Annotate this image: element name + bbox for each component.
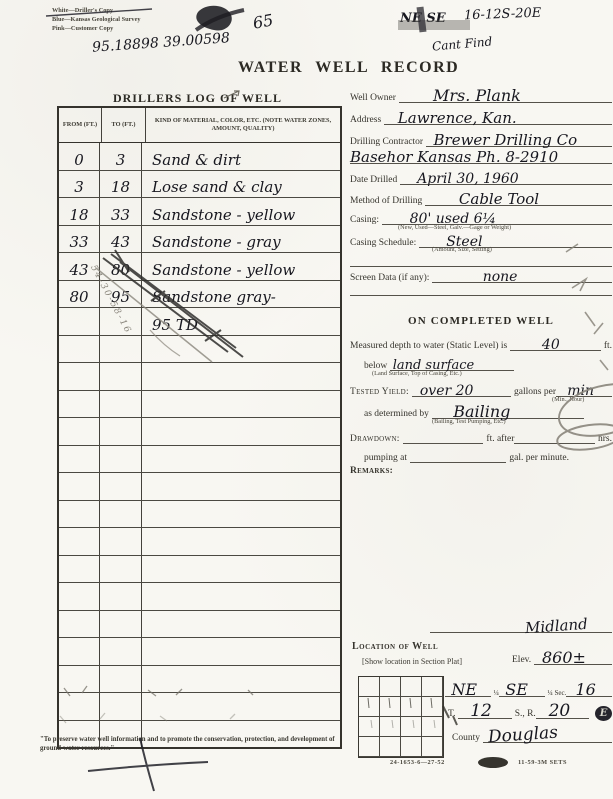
print-right-code: 11-59-3M SETS [518,758,567,767]
well-owner-value: Mrs. Plank [433,88,521,104]
footer-note: "To preserve water well information and … [40,736,346,753]
county-label: County [452,733,483,743]
well-owner-label: Well Owner [350,93,399,103]
completed-well-heading: ON COMPLETED WELL [350,315,612,327]
log-from: 18 [59,198,100,225]
quarter1-value: NE [451,682,477,698]
annotation-line: Midland [430,619,612,633]
log-to [100,446,142,473]
below-sub-label: (Land Surface, Top of Casing, Etc.) [372,370,462,377]
corner-quarters-annotation: NE SE [400,12,446,25]
log-material: Lose sand & clay [142,171,340,198]
field-contractor-line2: Basehor Kansas Ph. 8-2910 [350,149,612,164]
address-line: Lawrence, Kan. [384,111,612,125]
screen-data-label: Screen Data (if any): [350,273,432,283]
date-drilled-value: April 30, 1960 [417,172,519,186]
field-elevation: Elev. 860± [512,650,612,665]
blank-underline [350,253,612,267]
yield-mid-label: gallons per [511,387,556,397]
field-drawdown: Drawdown: ft. after hrs. [350,429,612,444]
quarter-sep2: ¼ Sec. [545,689,567,697]
depth-label: Measured depth to water (Static Level) i… [350,341,510,351]
blank-line [350,252,612,267]
township-value: 12 [470,703,492,720]
remarks-label: Remarks: [350,466,396,476]
casing-schedule-label: Casing Schedule: [350,238,419,248]
copy-line-pink: Pink—Customer Copy [52,24,141,33]
field-quarters: NE ¼ SE ¼ Sec. 16 [445,682,612,697]
range-line: 20 [536,705,589,719]
log-to [100,336,142,363]
yield-sub-label: (Min., Hour) [552,396,584,403]
pumping-label: pumping at [364,453,410,463]
date-drilled-label: Date Drilled [350,175,400,185]
log-row [59,391,340,419]
field-method: Method of Drilling Cable Tool [350,191,612,206]
log-material: Sand & dirt [142,143,340,170]
quarter2-line: SE [499,683,545,697]
pumping-line [410,449,506,463]
section-line: 16 [566,683,612,697]
location-heading: Location of Well [352,641,441,652]
log-material: Sandstone - yellow [142,198,340,225]
field-township-range: T. 12 S., R. 20 E [448,704,612,719]
field-pumping: pumping at gal. per minute. [364,448,569,463]
log-to [100,473,142,500]
field-casing: Casing: 80' used 6¼ [350,210,612,225]
log-row [59,501,340,529]
log-material [142,693,340,720]
determined-by-label: as determined by [364,409,432,419]
log-row: 318Lose sand & clay [59,171,340,199]
log-row [59,583,340,611]
date-drilled-line: April 30, 1960 [400,171,612,185]
log-row: 03Sand & dirt [59,143,340,171]
depth-line: 40 [510,337,601,351]
county-line: Douglas [483,729,612,743]
plat-note-label: [Show location in Section Plat] [362,657,462,666]
casing-line: 80' used 6¼ [382,211,612,225]
log-row [59,418,340,446]
field-well-owner: Well Owner Mrs. Plank [350,88,612,103]
log-from [59,473,100,500]
log-material [142,528,340,555]
log-material [142,363,340,390]
log-to: 43 [100,226,142,253]
union-bug-logo [478,757,508,768]
well-owner-line: Mrs. Plank [399,89,612,103]
log-col-material: KIND OF MATERIAL, COLOR, ETC. (NOTE WATE… [146,108,340,142]
log-to [100,528,142,555]
pumping-unit: gal. per minute. [506,453,569,463]
quarter1-line: NE [445,683,491,697]
copy-colors-list: White—Driller's Copy Blue—Kansas Geologi… [52,6,141,33]
below-line: land surface [390,357,514,371]
yield-unit-line: min [556,383,612,397]
drillers-log-heading: DRILLERS LOG OF WELL [57,91,338,106]
log-material [142,473,340,500]
field-below: below land surface [364,356,514,371]
id-extra-annotation: 65 [252,12,275,31]
field-contractor: Drilling Contractor Brewer Drilling Co [350,132,612,147]
casing-label: Casing: [350,215,382,225]
log-from [59,638,100,665]
corner-legal-annotation: 16-12S-20E [464,7,542,23]
log-from [59,693,100,720]
log-to: 33 [100,198,142,225]
log-material [142,501,340,528]
log-table-rows: 03Sand & dirt318Lose sand & clay1833Sand… [59,143,340,747]
field-date-drilled: Date Drilled April 30, 1960 [350,170,612,185]
field-determined-by: as determined by Bailing [364,404,584,419]
page-title: WATER WELL RECORD [238,59,459,77]
depth-unit: ft. [601,341,612,351]
range-value: 20 [549,703,571,720]
log-material: Sandstone - gray [142,226,340,253]
log-material [142,666,340,693]
log-row [59,611,340,639]
midland-annotation: Midland [524,617,588,636]
log-from [59,308,100,335]
log-col-to: TO (FT.) [102,108,146,142]
log-to [100,583,142,610]
log-to: 3 [100,143,142,170]
id-numbers-annotation: 95.18898 39.00598 [92,31,231,55]
drawdown-unit: hrs. [595,434,612,444]
contractor-value: Brewer Drilling Co [434,133,578,148]
drawdown-mid-label: ft. after [483,434,514,444]
contractor-line: Brewer Drilling Co [426,133,612,147]
log-from [59,501,100,528]
contractor-line2: Basehor Kansas Ph. 8-2910 [350,150,612,164]
field-tested-yield: Tested Yield: over 20 gallons per min [350,382,612,397]
quarter2-value: SE [505,682,528,698]
section-value: 16 [575,682,595,698]
log-row [59,336,340,364]
address-label: Address [350,115,384,125]
log-material [142,556,340,583]
township-line: 12 [458,705,511,719]
screen-data-line: none [432,269,612,283]
print-code: 24-1653-6—27-52 [390,758,445,767]
log-from [59,556,100,583]
method-value: Cable Tool [459,192,539,207]
range-direction-circled: E [595,706,612,721]
log-row: 1833Sandstone - yellow [59,198,340,226]
drawdown-after-line [514,430,595,444]
log-to [100,638,142,665]
field-address: Address Lawrence, Kan. [350,110,612,125]
field-screen-data: Screen Data (if any): none [350,268,612,283]
water-well-record-form: White—Driller's Copy Blue—Kansas Geologi… [0,0,613,799]
yield-value: over 20 [420,384,474,398]
township-label: T. [448,709,458,719]
log-to [100,391,142,418]
log-row [59,638,340,666]
log-row [59,666,340,694]
log-header-row: FROM (FT.) TO (FT.) KIND OF MATERIAL, CO… [59,108,340,143]
log-material: Sandstone gray- [142,281,340,308]
log-from [59,418,100,445]
log-material: Sandstone - yellow [142,253,340,280]
log-to [100,501,142,528]
copy-line-blue: Blue—Kansas Geological Survey [52,15,141,24]
log-material [142,336,340,363]
method-label: Method of Drilling [350,196,425,206]
log-row [59,446,340,474]
log-from [59,336,100,363]
county-value: Douglas [488,725,559,747]
log-to [100,666,142,693]
field-annotation-line: Midland [430,618,612,633]
casing-sub-label: (New, Used—Steel, Galv.—Gage or Weight) [398,224,511,231]
log-from [59,583,100,610]
drawdown-label: Drawdown: [350,434,403,444]
log-from [59,446,100,473]
tested-yield-label: Tested Yield: [350,387,412,397]
contractor-label: Drilling Contractor [350,137,426,147]
log-from [59,528,100,555]
determined-by-line: Bailing [432,405,584,419]
log-col-from: FROM (FT.) [59,108,102,142]
log-from: 80 [59,281,100,308]
field-county: County Douglas [452,728,612,743]
log-to [100,611,142,638]
log-row [59,528,340,556]
drawdown-line [403,430,484,444]
range-label: S., R. [512,709,536,719]
log-row [59,363,340,391]
log-material [142,611,340,638]
log-from [59,363,100,390]
log-material [142,391,340,418]
field-depth: Measured depth to water (Static Level) i… [350,336,612,351]
log-to [100,363,142,390]
drillers-log-table: FROM (FT.) TO (FT.) KIND OF MATERIAL, CO… [57,106,342,749]
log-material [142,583,340,610]
elevation-label: Elev. [512,655,534,665]
log-from: 33 [59,226,100,253]
address-value: Lawrence, Kan. [398,111,517,126]
log-from: 0 [59,143,100,170]
log-row [59,556,340,584]
log-to [100,693,142,720]
log-material [142,446,340,473]
determined-sub-label: (Bailing, Test Pumping, Etc.) [432,418,506,425]
log-to: 18 [100,171,142,198]
log-to [100,556,142,583]
section-divider [350,295,612,296]
screen-data-value: none [483,270,518,284]
log-from [59,666,100,693]
log-row [59,473,340,501]
contractor-line2-value: Basehor Kansas Ph. 8-2910 [350,150,558,165]
log-material [142,418,340,445]
log-from [59,391,100,418]
log-row: 3343Sandstone - gray [59,226,340,254]
copy-line-white: White—Driller's Copy [52,6,141,15]
log-from: 3 [59,171,100,198]
elevation-value: 860± [542,650,586,666]
quarter-sep1: ¼ [491,689,499,697]
elevation-line: 860± [534,651,612,665]
log-to: 80 [100,253,142,280]
log-row [59,693,340,721]
log-from [59,611,100,638]
log-material: 95 TD [142,308,340,335]
yield-line: over 20 [412,383,511,397]
corner-note-annotation: Cant Find [432,35,493,52]
log-row: 95 TD [59,308,340,336]
log-to [100,418,142,445]
log-material [142,638,340,665]
depth-value: 40 [542,338,560,352]
ink-scribble-blob [196,6,231,31]
section-plat-grid [358,676,444,758]
method-line: Cable Tool [425,192,612,206]
